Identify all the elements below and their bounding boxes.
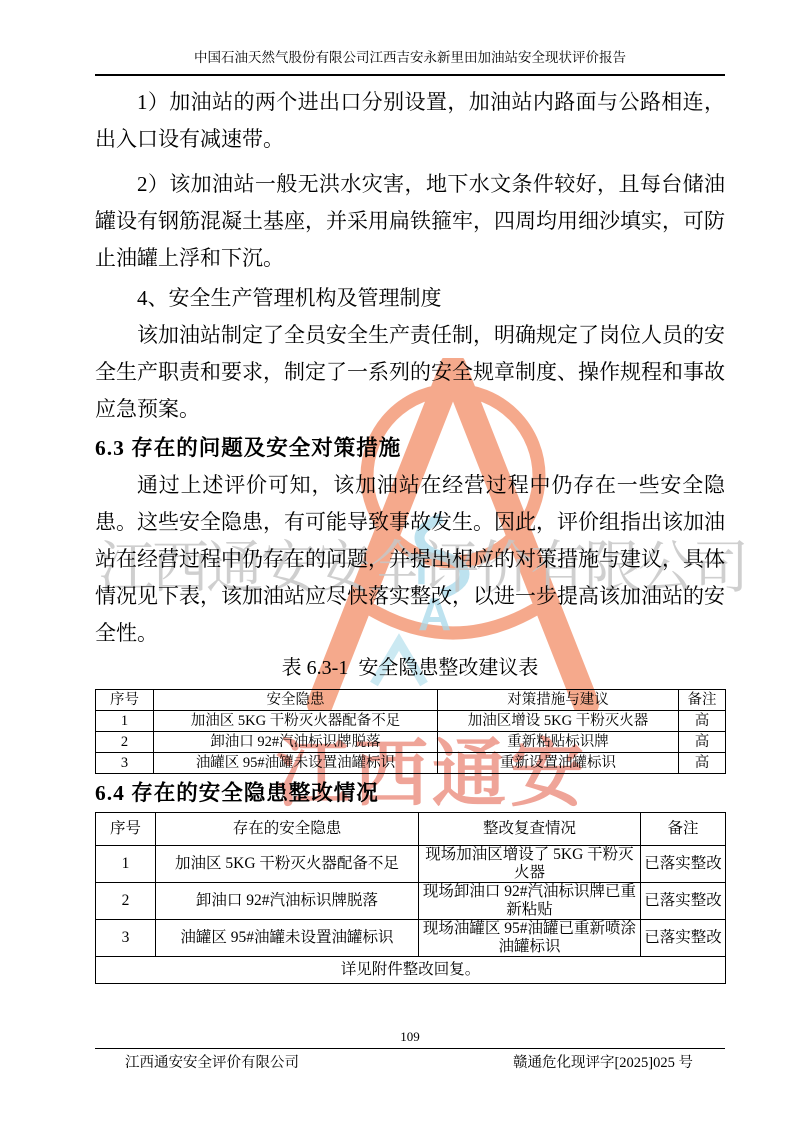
cell-no: 3 <box>96 920 156 957</box>
table-rectification-review: 序号 存在的安全隐患 整改复查情况 备注 1 加油区 5KG 干粉灭火器配备不足… <box>95 812 726 984</box>
footer-company: 江西通安安全评价有限公司 <box>125 1052 299 1074</box>
table-row: 2 卸油口 92#汽油标识牌脱落 现场卸油口 92#汽油标识牌已重新粘贴 已落实… <box>96 883 726 920</box>
cell-hazard: 加油区 5KG 干粉灭火器配备不足 <box>156 846 419 883</box>
page-header: 中国石油天然气股份有限公司江西吉安永新里田加油站安全现状评价报告 <box>95 48 725 76</box>
cell-no: 2 <box>96 732 154 753</box>
report-page: T A 江西通安安全评价有限公司 江西通安 中国石油天然气股份有限公司江西吉安永… <box>0 0 793 1122</box>
page-number: 109 <box>95 1028 725 1046</box>
column-header-no: 序号 <box>96 690 154 711</box>
cell-remark: 已落实整改 <box>641 920 726 957</box>
section-heading-6-4: 6.4 存在的安全隐患整改情况 <box>95 778 725 808</box>
table-row: 1 加油区 5KG 干粉灭火器配备不足 加油区增设 5KG 干粉灭火器 高 <box>96 711 726 732</box>
cell-no: 1 <box>96 846 156 883</box>
table-rectification-suggestions: 序号 安全隐患 对策措施与建议 备注 1 加油区 5KG 干粉灭火器配备不足 加… <box>95 689 726 774</box>
column-header-hazard: 安全隐患 <box>154 690 438 711</box>
table-row: 3 油罐区 95#油罐未设置油罐标识 重新设置油罐标识 高 <box>96 753 726 774</box>
cell-hazard: 油罐区 95#油罐未设置油罐标识 <box>156 920 419 957</box>
paragraph-entrances: 1）加油站的两个进出口分别设置，加油站内路面与公路相连，出入口设有减速带。 <box>95 84 725 158</box>
cell-remark: 已落实整改 <box>641 883 726 920</box>
cell-review: 现场油罐区 95#油罐已重新喷涂油罐标识 <box>419 920 641 957</box>
table-row: 2 卸油口 92#汽油标识牌脱落 重新粘贴标识牌 高 <box>96 732 726 753</box>
table-row: 1 加油区 5KG 干粉灭火器配备不足 现场加油区增设了 5KG 干粉灭火器 已… <box>96 846 726 883</box>
cell-remark: 高 <box>679 711 726 732</box>
cell-remark: 高 <box>679 732 726 753</box>
cell-no: 1 <box>96 711 154 732</box>
table-header-row: 序号 存在的安全隐患 整改复查情况 备注 <box>96 813 726 846</box>
cell-hazard: 卸油口 92#汽油标识牌脱落 <box>156 883 419 920</box>
cell-remark: 已落实整改 <box>641 846 726 883</box>
footer-doc-number: 赣通危化现评字[2025]025 号 <box>513 1052 693 1074</box>
table-header-row: 序号 安全隐患 对策措施与建议 备注 <box>96 690 726 711</box>
cell-review: 现场加油区增设了 5KG 干粉灭火器 <box>419 846 641 883</box>
cell-attachment-note: 详见附件整改回复。 <box>96 957 726 984</box>
page-footer: 江西通安安全评价有限公司 赣通危化现评字[2025]025 号 <box>95 1052 725 1074</box>
cell-hazard: 加油区 5KG 干粉灭火器配备不足 <box>154 711 438 732</box>
cell-no: 2 <box>96 883 156 920</box>
cell-hazard: 卸油口 92#汽油标识牌脱落 <box>154 732 438 753</box>
cell-remark: 高 <box>679 753 726 774</box>
cell-review: 现场卸油口 92#汽油标识牌已重新粘贴 <box>419 883 641 920</box>
cell-no: 3 <box>96 753 154 774</box>
column-header-review: 整改复查情况 <box>419 813 641 846</box>
report-title: 中国石油天然气股份有限公司江西吉安永新里田加油站安全现状评价报告 <box>95 48 725 68</box>
column-header-no: 序号 <box>96 813 156 846</box>
cell-hazard: 油罐区 95#油罐未设置油罐标识 <box>154 753 438 774</box>
cell-measure: 重新粘贴标识牌 <box>438 732 679 753</box>
paragraph-management-heading: 4、安全生产管理机构及管理制度 <box>95 280 725 317</box>
paragraph-evaluation-summary: 通过上述评价可知，该加油站在经营过程中仍存在一些安全隐患。这些安全隐患，有可能导… <box>95 467 725 652</box>
column-header-hazard: 存在的安全隐患 <box>156 813 419 846</box>
column-header-measure: 对策措施与建议 <box>438 690 679 711</box>
footer-rule <box>95 1048 725 1049</box>
section-heading-6-3: 6.3 存在的问题及安全对策措施 <box>95 432 725 464</box>
column-header-remark: 备注 <box>641 813 726 846</box>
paragraph-responsibility: 该加油站制定了全员安全生产责任制，明确规定了岗位人员的安全生产职责和要求，制定了… <box>95 317 725 428</box>
cell-measure: 重新设置油罐标识 <box>438 753 679 774</box>
table1-caption: 表 6.3-1 安全隐患整改建议表 <box>95 654 725 682</box>
paragraph-flood: 2）该加油站一般无洪水灾害，地下水文条件较好，且每台储油罐设有钢筋混凝土基座，并… <box>95 166 725 277</box>
content-layer: 中国石油天然气股份有限公司江西吉安永新里田加油站安全现状评价报告 1）加油站的两… <box>0 0 793 1122</box>
document-body: 1）加油站的两个进出口分别设置，加油站内路面与公路相连，出入口设有减速带。 2）… <box>95 84 725 984</box>
table-note-row: 详见附件整改回复。 <box>96 957 726 984</box>
cell-measure: 加油区增设 5KG 干粉灭火器 <box>438 711 679 732</box>
column-header-remark: 备注 <box>679 690 726 711</box>
table-row: 3 油罐区 95#油罐未设置油罐标识 现场油罐区 95#油罐已重新喷涂油罐标识 … <box>96 920 726 957</box>
